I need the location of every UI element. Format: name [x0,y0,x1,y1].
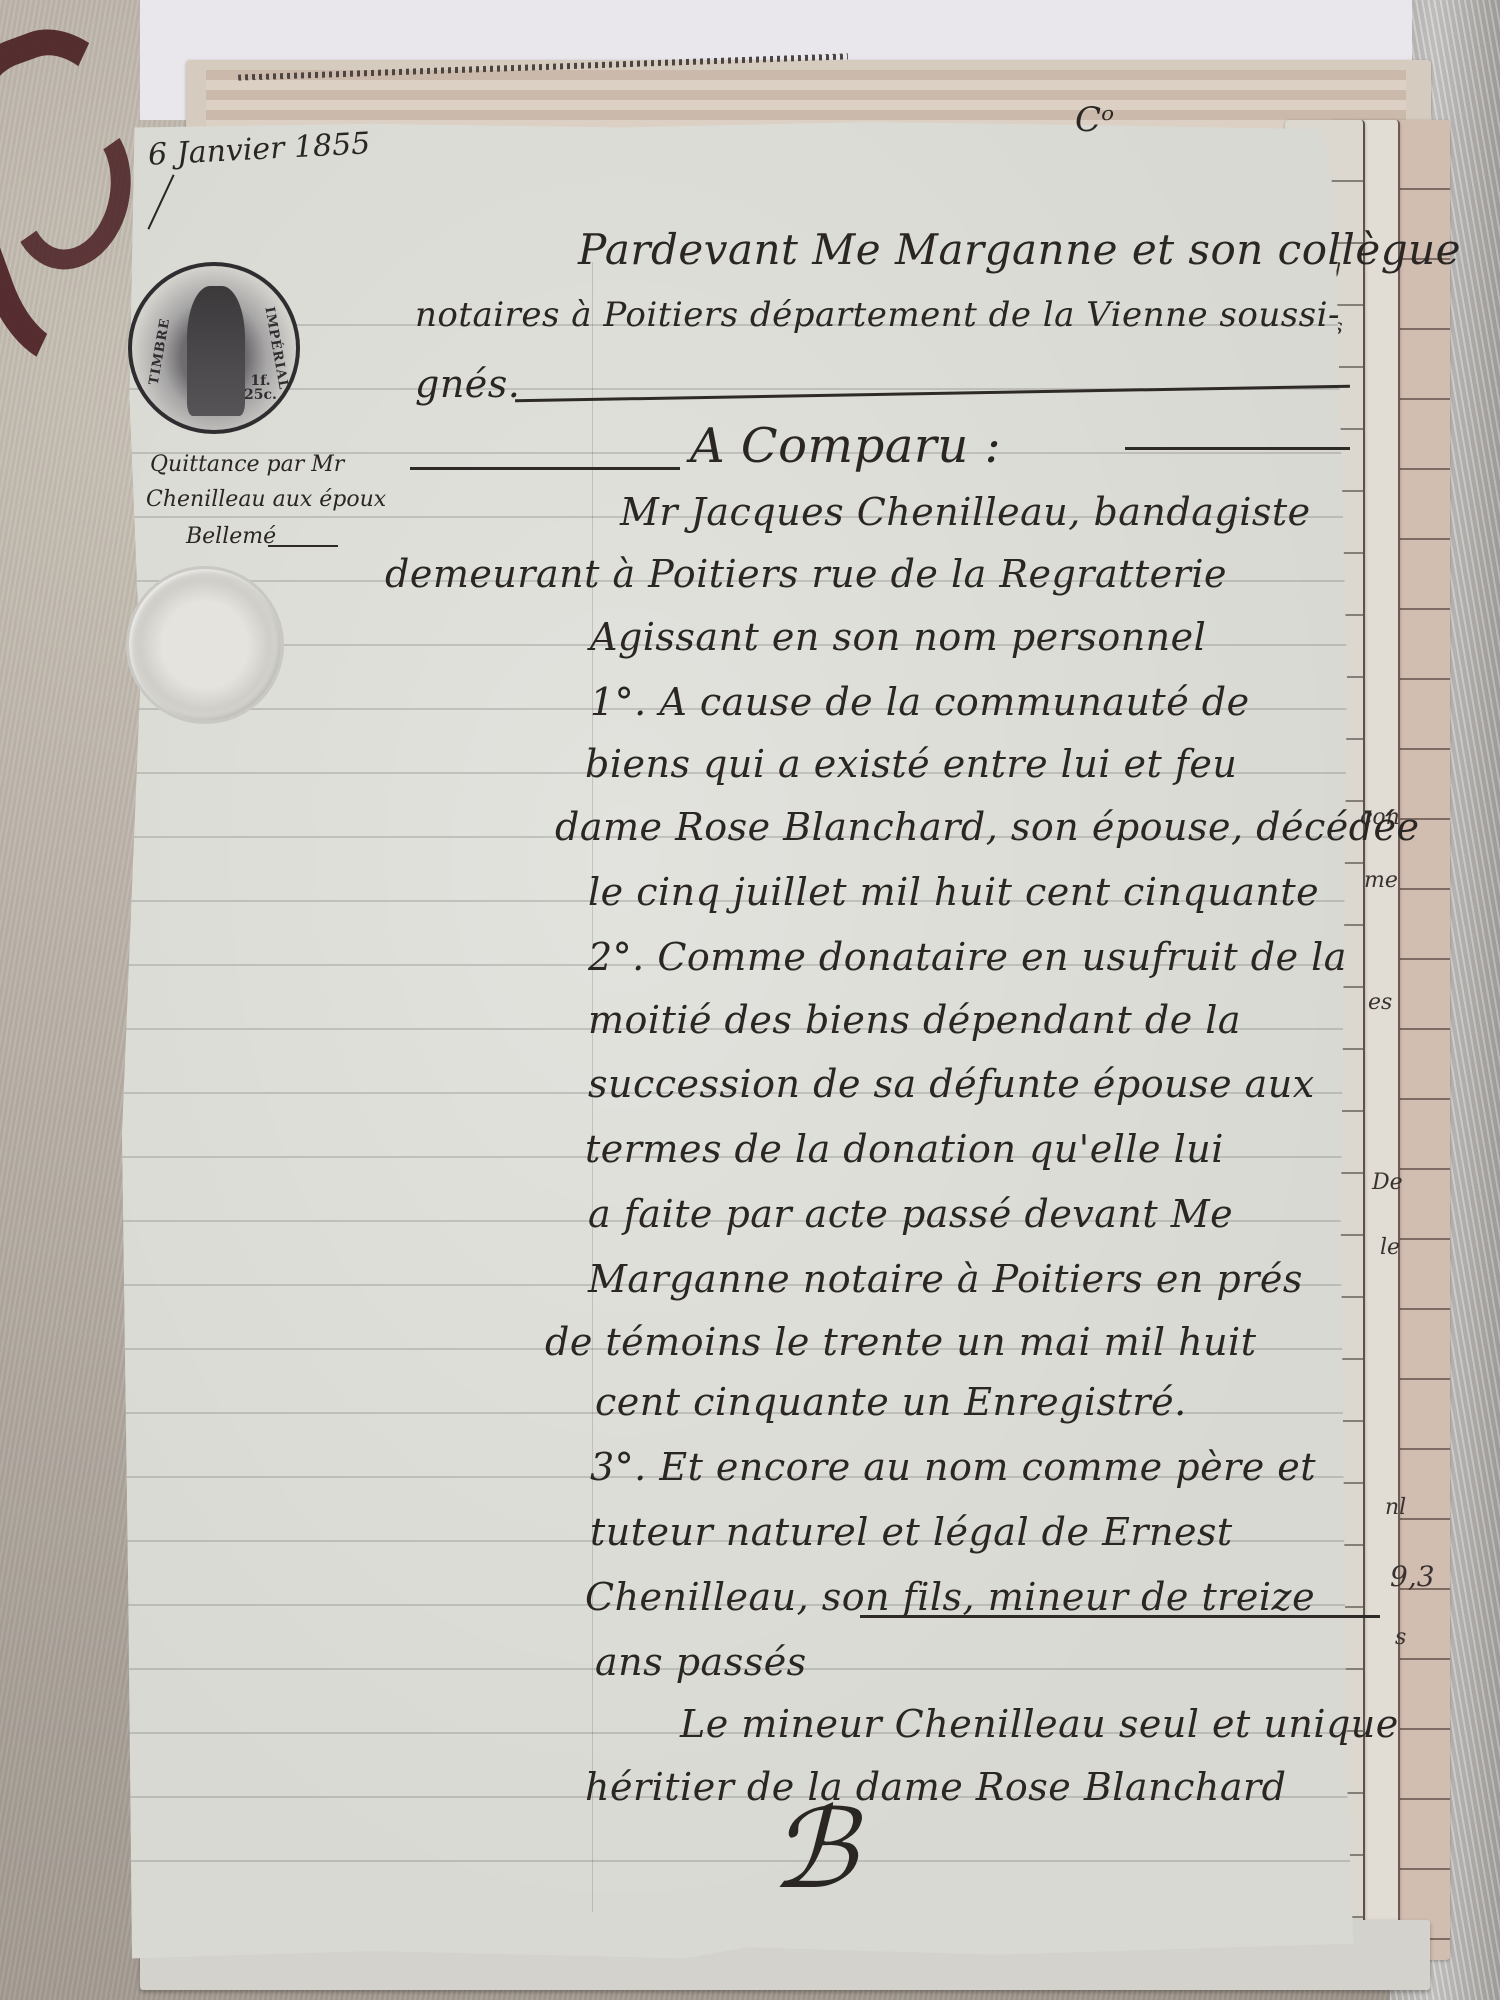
stamp-value: 1f. 25c. [244,374,277,402]
back-page-text: 9,3 [1390,1560,1435,1593]
body-line: a faite par acte passé devant Me [588,1192,1233,1236]
body-line: de témoins le trente un mai mil huit [545,1320,1256,1364]
signature-paraph: ℬ [770,1785,856,1913]
body-line: Agissant en son nom personnel [590,615,1206,659]
body-line: moitié des biens dépendant de la [588,998,1241,1042]
body-line: ans passés [595,1640,807,1684]
body-line: Le mineur Chenilleau seul et unique [680,1702,1399,1746]
body-line: 1°. A cause de la communauté de [590,680,1250,724]
back-page-text: es [1368,990,1392,1015]
rule-line [860,1615,1380,1618]
body-line: le cinq juillet mil huit cent cinquante [588,870,1319,914]
back-page-edge [206,70,1406,130]
rule-line [410,467,680,470]
back-page-text: me [1364,868,1398,893]
rule-line [1125,447,1350,450]
body-line: 3°. Et encore au nom comme père et [590,1445,1316,1489]
body-line: notaires à Poitiers département de la Vi… [415,295,1340,335]
justice-figure-icon [187,286,245,416]
body-line: Marganne notaire à Poitiers en prés [588,1257,1303,1301]
margin-note-line: Chenilleau aux époux [146,487,386,512]
body-line: demeurant à Poitiers rue de la Regratter… [385,552,1227,596]
body-line: gnés. [415,362,520,406]
back-page-text: De [1372,1170,1403,1195]
body-line: cent cinquante un Enregistré. [595,1380,1187,1424]
stamp-value-top: 1f. [244,374,277,388]
body-line: succession de sa défunte épouse aux [588,1062,1315,1106]
body-line: héritier de la dame Rose Blanchard [585,1765,1286,1809]
corner-mark: Cᵒ [1075,100,1114,140]
back-page-text: le [1380,1235,1400,1260]
rule-line [268,545,338,547]
embossed-seal-icon [126,566,284,724]
body-line: Chenilleau, son fils, mineur de treize [585,1575,1315,1619]
body-line: termes de la donation qu'elle lui [585,1127,1224,1171]
stamp-value-bottom: 25c. [244,388,277,402]
body-line: 2°. Comme donataire en usufruit de la [588,935,1347,979]
fiscal-stamp-icon: TIMBRE IMPÉRIAL 1f. 25c. [128,262,300,434]
body-line: biens qui a existé entre lui et feu [585,742,1237,786]
body-line: Mr Jacques Chenilleau, bandagiste [620,490,1311,534]
margin-note-line: Bellemé [186,524,276,549]
back-page-text: s [1395,1625,1406,1650]
body-heading: A Comparu : [690,418,1001,474]
body-line: dame Rose Blanchard, son épouse, décédée [555,805,1420,849]
back-page-text: nl [1385,1495,1406,1520]
body-line: Pardevant Me Marganne et son collègue [578,225,1461,274]
stamp-text: TIMBRE [147,317,174,386]
margin-note-line: Quittance par Mr [150,452,344,477]
body-line: tuteur naturel et légal de Ernest [590,1510,1233,1554]
